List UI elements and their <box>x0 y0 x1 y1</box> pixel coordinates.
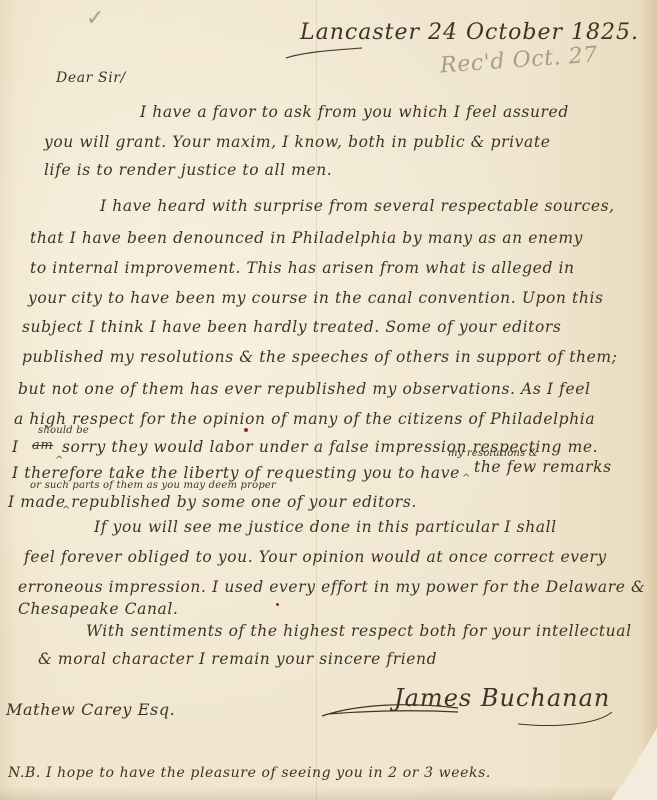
body-line-16: If you will see me justice done in this … <box>94 518 557 536</box>
insertion-should-be: should be <box>38 425 89 436</box>
check-mark: ✓ <box>86 6 105 31</box>
signature: James Buchanan <box>394 684 610 712</box>
body-line-4: I have heard with surprise from several … <box>100 197 615 215</box>
insertion-such-parts: or such parts of them as you may deem pr… <box>30 480 276 491</box>
body-line-5: that I have been denounced in Philadelph… <box>30 229 583 247</box>
body-line-8: subject I think I have been hardly treat… <box>22 318 561 336</box>
dateline-flourish <box>284 42 364 62</box>
ink-spot-2 <box>276 603 279 606</box>
body-line-10: but not one of them has ever republished… <box>18 380 591 398</box>
body-line-14: the few remarks <box>474 458 612 476</box>
body-line-11: a high respect for the opinion of many o… <box>14 410 595 428</box>
letter-page: ✓ Lancaster 24 October 1825. Rec'd Oct. … <box>0 0 657 800</box>
body-line-19: Chesapeake Canal. <box>18 600 178 618</box>
insertion-caret-3: ^ <box>62 505 70 516</box>
body-line-17: feel forever obliged to you. Your opinio… <box>24 548 607 566</box>
addressee: Mathew Carey Esq. <box>6 700 175 719</box>
salutation: Dear Sir/ <box>56 70 126 86</box>
body-line-1: I have a favor to ask from you which I f… <box>140 103 569 121</box>
ink-spot-1 <box>244 428 248 432</box>
insertion-caret-2: ^ <box>462 473 470 484</box>
body-line-12-start: I <box>12 438 19 456</box>
received-note: Rec'd Oct. 27 <box>439 43 598 79</box>
body-line-20: With sentiments of the highest respect b… <box>86 622 632 640</box>
body-line-18: erroneous impression. I used every effor… <box>18 578 645 596</box>
body-line-2: you will grant. Your maxim, I know, both… <box>44 133 551 151</box>
body-line-6: to internal improvement. This has arisen… <box>30 259 575 277</box>
struck-word: am <box>32 438 53 453</box>
body-line-7: your city to have been my course in the … <box>28 289 604 307</box>
postscript: N.B. I hope to have the pleasure of seei… <box>8 765 491 781</box>
body-line-21: & moral character I remain your sincere … <box>38 650 437 668</box>
body-line-3: life is to render justice to all men. <box>44 161 332 179</box>
body-line-9: published my resolutions & the speeches … <box>22 348 618 366</box>
